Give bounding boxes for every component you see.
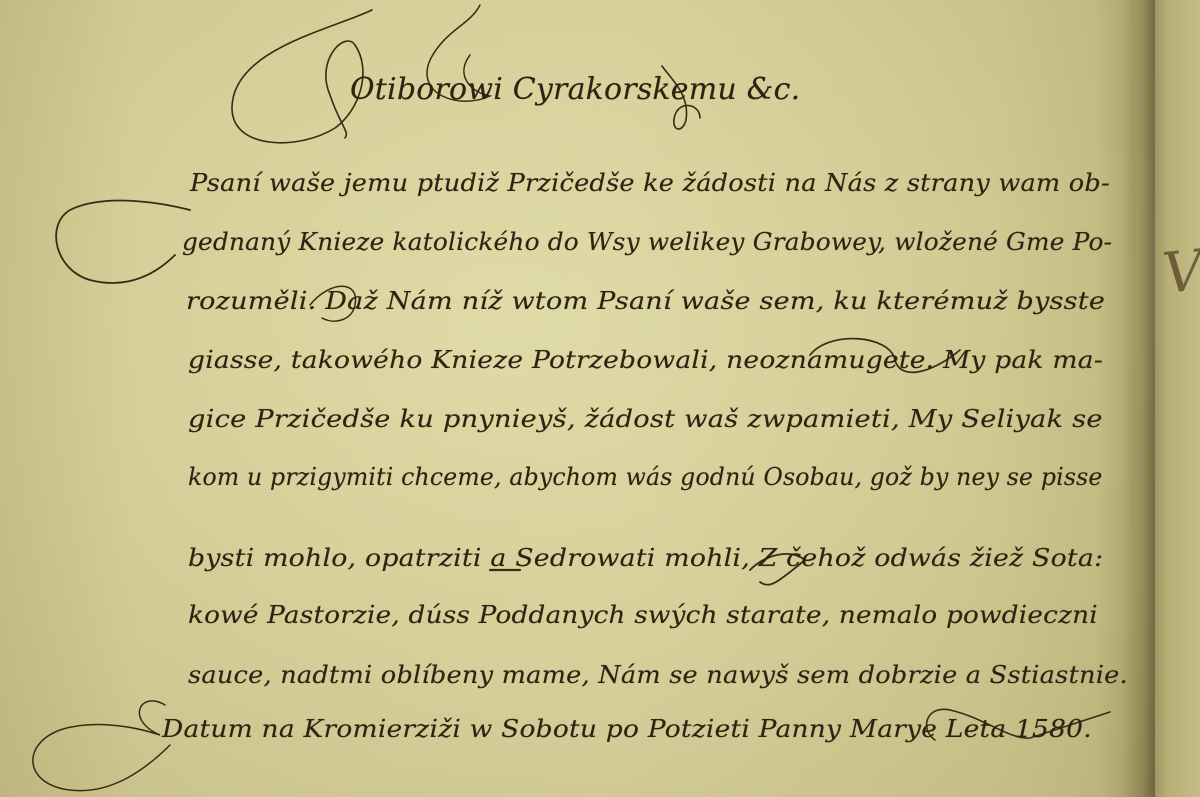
facing-page-edge bbox=[1155, 0, 1200, 797]
text-line-8: kowé Pastorzie, dúss Poddanych swých sta… bbox=[188, 600, 1098, 629]
letter-heading: Otiborowi Cyrakorskemu &c. bbox=[350, 72, 800, 107]
text-line-3: rozuměli. Daž Nám níž wtom Psaní waše se… bbox=[186, 286, 1105, 315]
text-line-7: bysti mohlo, opatrziti a Sedrowati mohli… bbox=[188, 543, 1103, 572]
text-line-1: Psaní waše jemu ptudiž Przičedše ke žádo… bbox=[190, 168, 1110, 197]
text-line-6: kom u przigymiti chceme, abychom wás god… bbox=[188, 462, 1103, 491]
text-line-2: gednaný Knieze katolického do Wsy welike… bbox=[182, 227, 1112, 256]
text-line-5: gice Przičedše ku pnynieyš, žádost waš z… bbox=[188, 404, 1103, 433]
text-line-4: giasse, takowého Knieze Potrzebowali, ne… bbox=[188, 345, 1103, 374]
text-line-9: sauce, nadtmi oblíbeny mame, Nám se nawy… bbox=[188, 660, 1128, 689]
date-line: Datum na Kromierziži w Sobotu po Potziet… bbox=[162, 714, 1092, 743]
manuscript-photo: V Otiborowi Cyrakorskemu &c. Psaní waše … bbox=[0, 0, 1200, 797]
facing-page-letter: V bbox=[1160, 238, 1200, 307]
